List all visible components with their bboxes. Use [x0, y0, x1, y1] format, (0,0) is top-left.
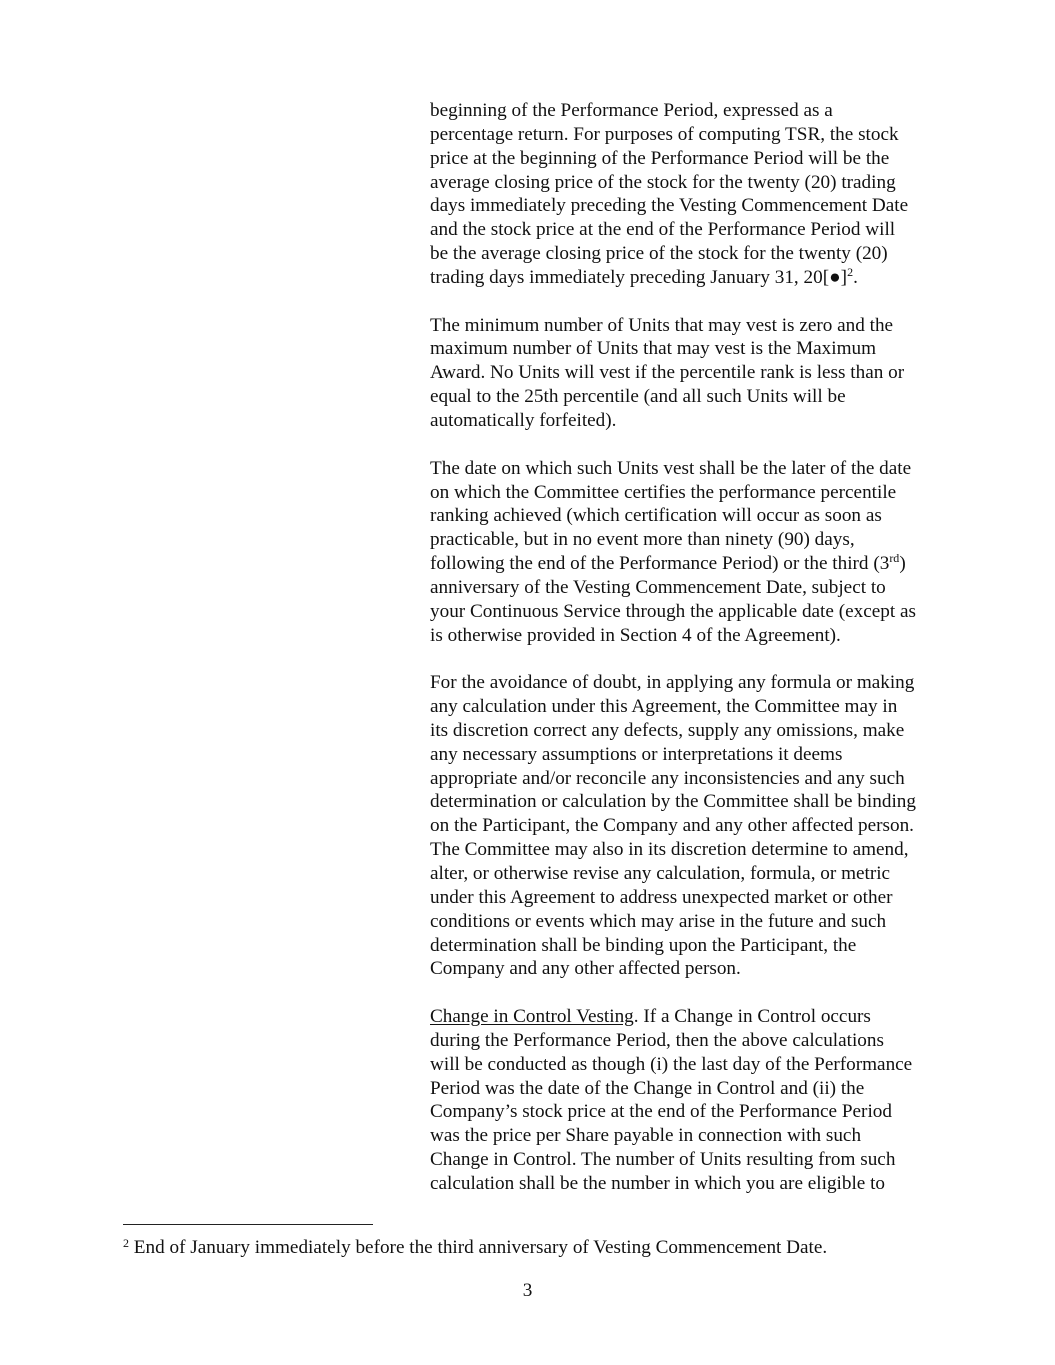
text-line: trading days immediately preceding Janua… [430, 266, 960, 290]
text-line: on which the Committee certifies the per… [430, 481, 960, 505]
text-line: alter, or otherwise revise any calculati… [430, 862, 960, 886]
text-line: will be conducted as though (i) the last… [430, 1053, 960, 1077]
ordinal-superscript: rd [889, 551, 899, 565]
text-line: Period was the date of the Change in Con… [430, 1077, 960, 1101]
text-line: ranking achieved (which certification wi… [430, 504, 960, 528]
text-line: The date on which such Units vest shall … [430, 457, 960, 481]
text-fragment: . [853, 267, 858, 288]
text-line: percentage return. For purposes of compu… [430, 123, 960, 147]
footnote-marker: 2 [123, 1236, 129, 1250]
text-line: price at the beginning of the Performanc… [430, 147, 960, 171]
paragraph-change-in-control: Change in Control Vesting. If a Change i… [430, 1005, 960, 1196]
text-line: beginning of the Performance Period, exp… [430, 99, 960, 123]
text-line: maximum number of Units that may vest is… [430, 337, 960, 361]
text-line: calculation shall be the number in which… [430, 1172, 960, 1196]
text-line: practicable, but in no event more than n… [430, 528, 960, 552]
text-line: average closing price of the stock for t… [430, 171, 960, 195]
text-line: following the end of the Performance Per… [430, 552, 960, 576]
text-fragment: trading days immediately preceding Janua… [430, 267, 847, 288]
paragraph-tsr-calculation: beginning of the Performance Period, exp… [430, 99, 960, 290]
footnote: 2 End of January immediately before the … [123, 1236, 827, 1260]
text-line: during the Performance Period, then the … [430, 1029, 960, 1053]
text-line: The Committee may also in its discretion… [430, 838, 960, 862]
text-line: Change in Control Vesting. If a Change i… [430, 1005, 960, 1029]
text-line: its discretion correct any defects, supp… [430, 719, 960, 743]
text-line: days immediately preceding the Vesting C… [430, 194, 960, 218]
text-line: For the avoidance of doubt, in applying … [430, 671, 960, 695]
text-line: conditions or events which may arise in … [430, 910, 960, 934]
text-line: is otherwise provided in Section 4 of th… [430, 624, 960, 648]
paragraph-vesting-date: The date on which such Units vest shall … [430, 457, 960, 648]
text-line: on the Participant, the Company and any … [430, 814, 960, 838]
text-fragment: following the end of the Performance Per… [430, 553, 889, 574]
text-line: equal to the 25th percentile (and all su… [430, 385, 960, 409]
text-line: determination shall be binding upon the … [430, 934, 960, 958]
paragraph-minimum-maximum: The minimum number of Units that may ves… [430, 314, 960, 433]
text-line: any necessary assumptions or interpretat… [430, 743, 960, 767]
text-fragment: . If a Change in Control occurs [634, 1006, 871, 1027]
footnote-text: End of January immediately before the th… [129, 1237, 827, 1258]
text-line: be the average closing price of the stoc… [430, 242, 960, 266]
text-line: was the price per Share payable in conne… [430, 1124, 960, 1148]
text-line: and the stock price at the end of the Pe… [430, 218, 960, 242]
text-line: Company’s stock price at the end of the … [430, 1100, 960, 1124]
text-line: automatically forfeited). [430, 409, 960, 433]
text-line: Award. No Units will vest if the percent… [430, 361, 960, 385]
text-fragment: ) [899, 553, 905, 574]
document-body: beginning of the Performance Period, exp… [430, 99, 960, 1220]
text-line: Company and any other affected person. [430, 957, 960, 981]
footnote-reference: 2 [847, 265, 853, 279]
text-line: under this Agreement to address unexpect… [430, 886, 960, 910]
section-heading: Change in Control Vesting [430, 1006, 634, 1027]
footnote-separator [123, 1224, 373, 1225]
text-line: The minimum number of Units that may ves… [430, 314, 960, 338]
text-line: Change in Control. The number of Units r… [430, 1148, 960, 1172]
paragraph-avoidance-of-doubt: For the avoidance of doubt, in applying … [430, 671, 960, 981]
text-line: determination or calculation by the Comm… [430, 790, 960, 814]
text-line: your Continuous Service through the appl… [430, 600, 960, 624]
page-number: 3 [0, 1280, 1055, 1302]
text-line: anniversary of the Vesting Commencement … [430, 576, 960, 600]
text-line: appropriate and/or reconcile any inconsi… [430, 767, 960, 791]
text-line: any calculation under this Agreement, th… [430, 695, 960, 719]
